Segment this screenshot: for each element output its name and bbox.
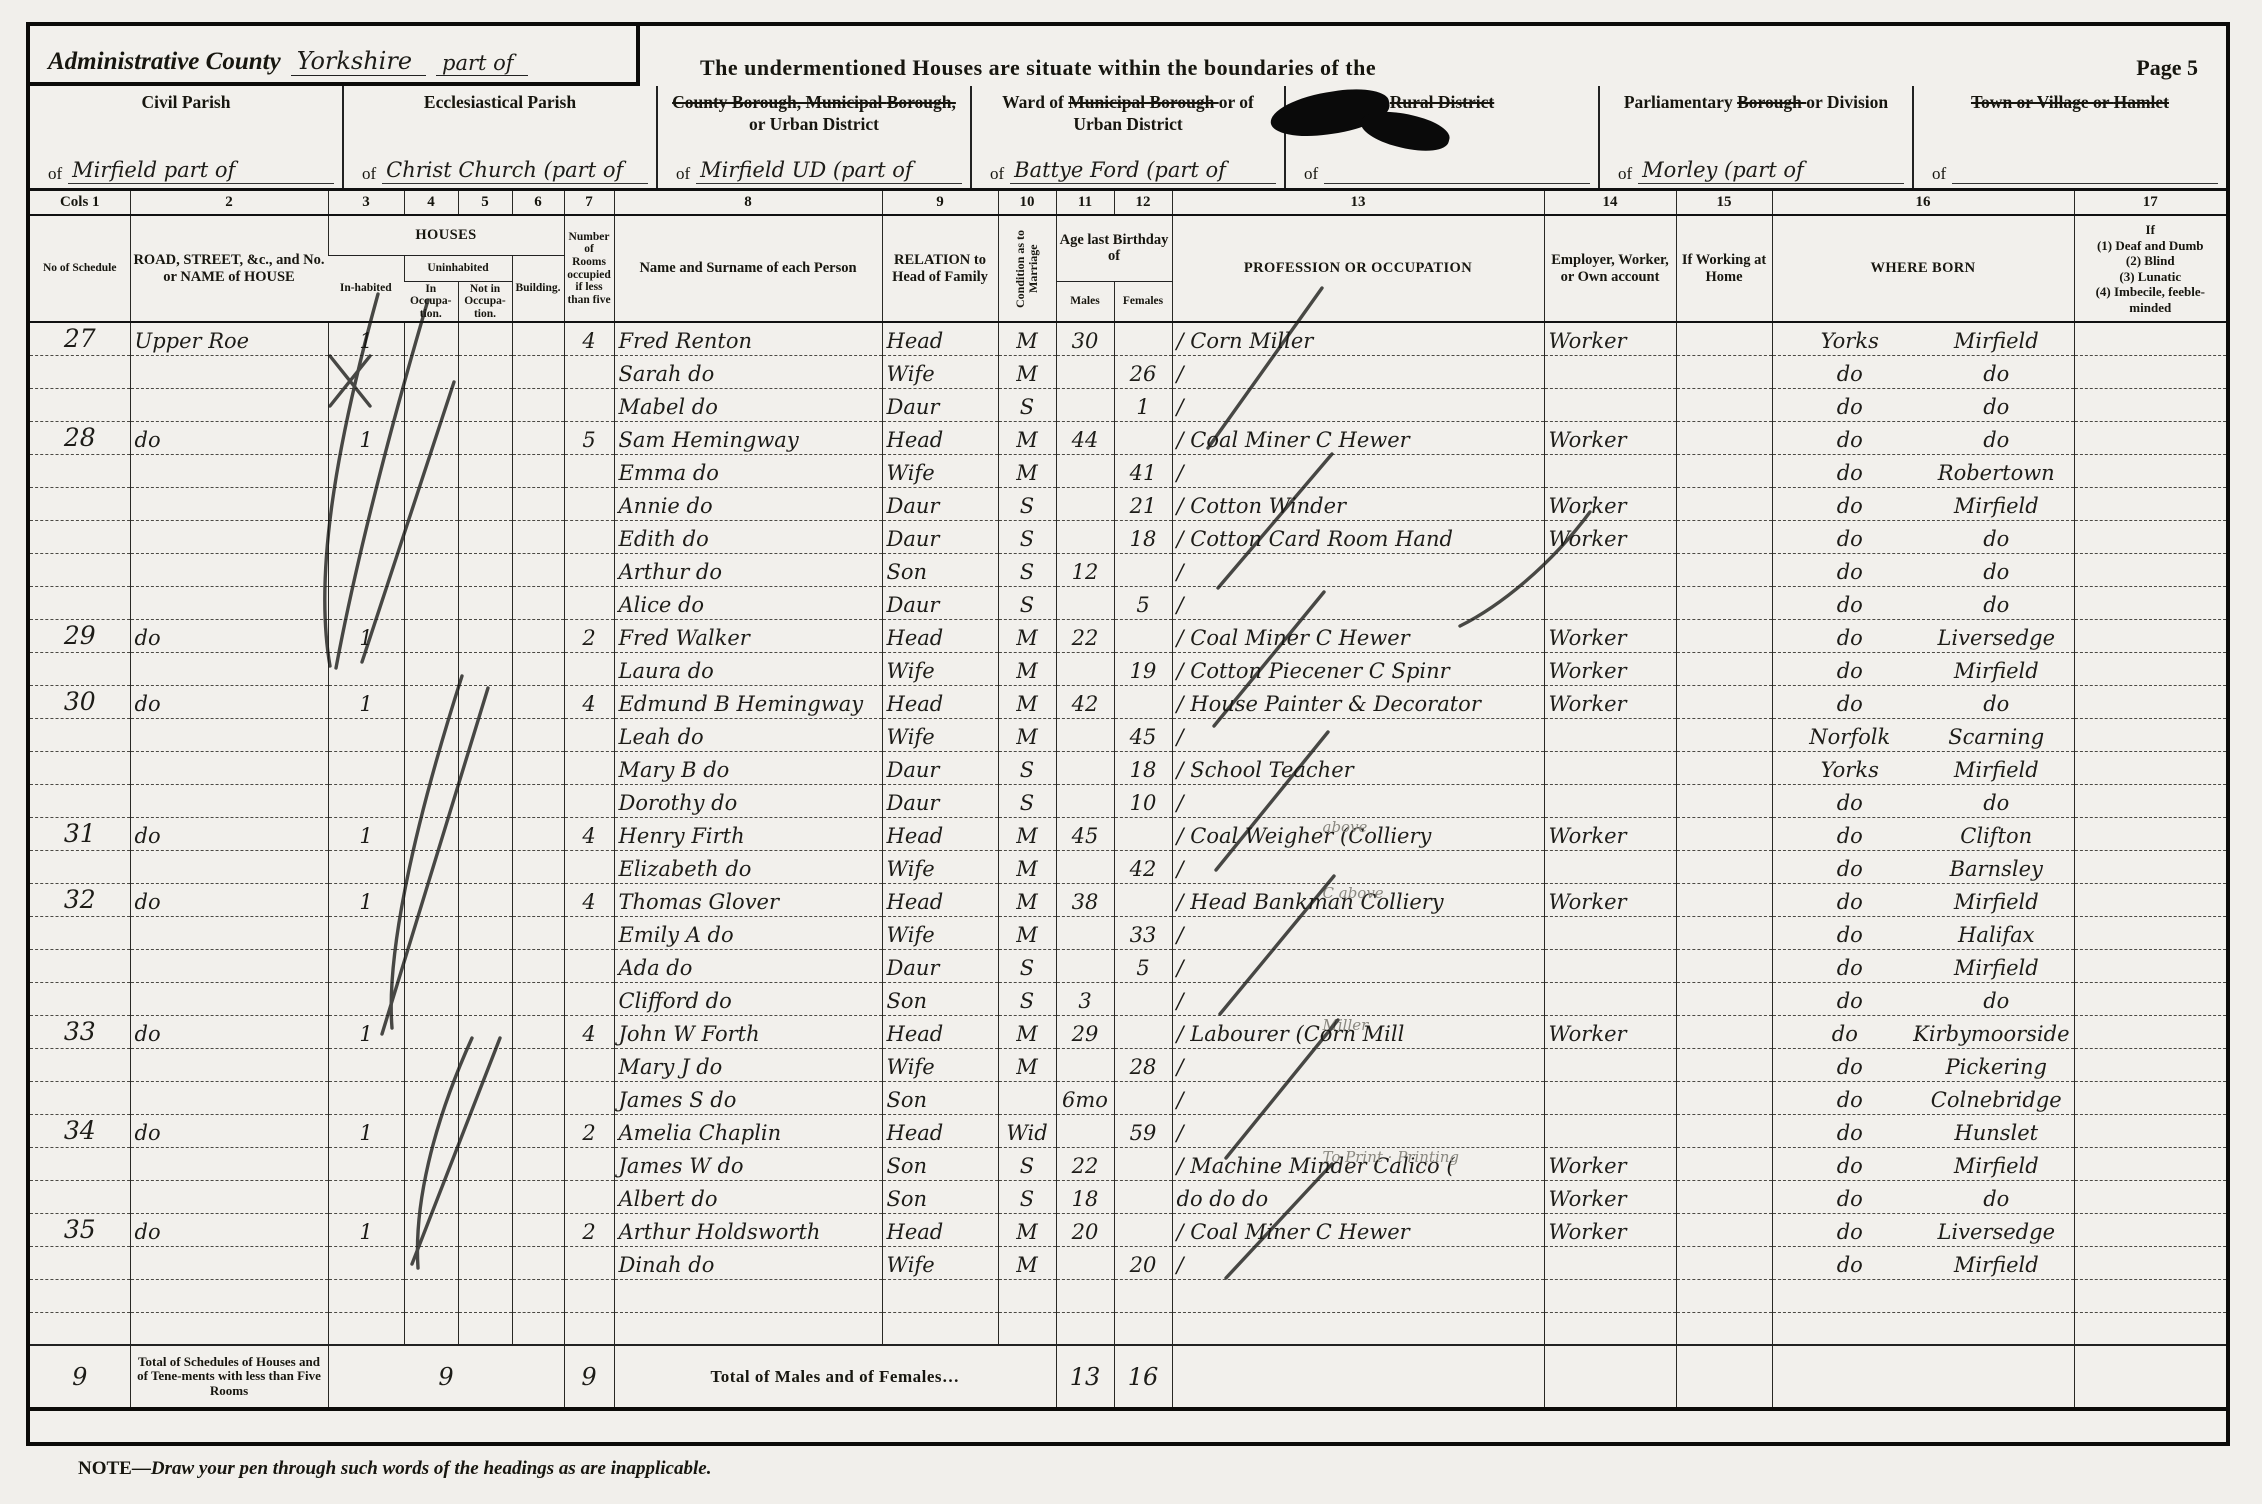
header-age-group: Age last Birthday of xyxy=(1056,215,1172,281)
col-number: 6 xyxy=(512,191,564,215)
inhabited-cell xyxy=(328,751,404,784)
uninhabited-in-occupation-cell xyxy=(404,652,458,685)
born-place: Pickering xyxy=(1923,1055,2070,1079)
rooms-cell xyxy=(564,454,614,487)
building-cell xyxy=(512,487,564,520)
occupation-text: / xyxy=(1177,560,1184,584)
district-box-county-borough: County Borough, Municipal Borough, or Ur… xyxy=(658,86,972,188)
relation-cell: Head xyxy=(882,817,998,850)
rooms-cell xyxy=(564,1312,614,1345)
born-place: Mirfield xyxy=(1923,659,2070,683)
where-born-cell: doKirbymoorside xyxy=(1772,1015,2074,1048)
working-at-home-cell xyxy=(1676,355,1772,388)
inhabited-cell: 1 xyxy=(328,1213,404,1246)
name-cell: Arthur Holdsworth xyxy=(614,1213,882,1246)
name-cell: John W Forth xyxy=(614,1015,882,1048)
col-number: 14 xyxy=(1544,191,1676,215)
building-cell xyxy=(512,883,564,916)
totals-row: 9 Total of Schedules of Houses and of Te… xyxy=(30,1345,2226,1409)
occupation-text: / xyxy=(1177,1253,1184,1277)
employer-worker-cell xyxy=(1544,1312,1676,1345)
name-cell: Edmund B Hemingway xyxy=(614,685,882,718)
where-born-cell: doHunslet xyxy=(1772,1114,2074,1147)
occupation-cell: / xyxy=(1172,718,1544,751)
working-at-home-cell xyxy=(1676,949,1772,982)
employer-worker-cell xyxy=(1544,916,1676,949)
age-female-cell xyxy=(1114,685,1172,718)
road-cell: do xyxy=(130,883,328,916)
working-at-home-cell xyxy=(1676,652,1772,685)
where-born-cell: doRobertown xyxy=(1772,454,2074,487)
infirmities-cell xyxy=(2074,1114,2226,1147)
occupation-text: / Coal Weigher (Colliery xyxy=(1177,824,1432,848)
relation-cell: Son xyxy=(882,982,998,1015)
building-cell xyxy=(512,949,564,982)
age-male-cell xyxy=(1056,1048,1114,1081)
age-male-cell xyxy=(1056,355,1114,388)
name-cell: Albert do xyxy=(614,1180,882,1213)
boundaries-heading: The undermentioned Houses are situate wi… xyxy=(700,55,1376,81)
where-born-cell: doMirfield xyxy=(1772,652,2074,685)
occupation-text: do do do xyxy=(1177,1187,1269,1211)
uninhabited-in-occupation-cell xyxy=(404,949,458,982)
uninhabited-in-occupation-cell xyxy=(404,1081,458,1114)
table-foot: 9 Total of Schedules of Houses and of Te… xyxy=(30,1345,2226,1409)
occupation-cell: / Corn Miller xyxy=(1172,322,1544,355)
inhabited-cell xyxy=(328,586,404,619)
born-place: do xyxy=(1923,395,2070,419)
road-cell xyxy=(130,1312,328,1345)
totals-males: 13 xyxy=(1056,1345,1114,1409)
col-number: 10 xyxy=(998,191,1056,215)
age-female-cell xyxy=(1114,553,1172,586)
schedule-number-cell xyxy=(30,1312,130,1345)
working-at-home-cell xyxy=(1676,1246,1772,1279)
rooms-cell xyxy=(564,1246,614,1279)
infirmities-cell xyxy=(2074,586,2226,619)
road-cell xyxy=(130,949,328,982)
occupation-cell: / xyxy=(1172,916,1544,949)
age-female-cell xyxy=(1114,619,1172,652)
occupation-text: / xyxy=(1177,1088,1184,1112)
occupation-cell: / House Painter & Decorator xyxy=(1172,685,1544,718)
uninhabited-in-occupation-cell xyxy=(404,586,458,619)
employer-worker-cell xyxy=(1544,586,1676,619)
where-born-cell: dodo xyxy=(1772,784,2074,817)
age-female-cell xyxy=(1114,322,1172,355)
district-label: County Borough, Municipal Borough, or Ur… xyxy=(666,92,962,136)
occupation-cell: / xyxy=(1172,784,1544,817)
infirmities-cell xyxy=(2074,916,2226,949)
employer-worker-cell xyxy=(1544,454,1676,487)
district-value: ofMirfield UD (part of xyxy=(666,158,962,184)
infirmities-cell xyxy=(2074,1147,2226,1180)
uninhabited-not-in-occupation-cell xyxy=(458,487,512,520)
name-cell: Arthur do xyxy=(614,553,882,586)
working-at-home-cell xyxy=(1676,883,1772,916)
working-at-home-cell xyxy=(1676,718,1772,751)
district-value: of xyxy=(1294,158,1590,184)
inhabited-cell xyxy=(328,916,404,949)
rooms-cell xyxy=(564,949,614,982)
where-born-cell xyxy=(1772,1279,2074,1312)
schedule-number-cell xyxy=(30,487,130,520)
header-houses-group: HOUSES xyxy=(328,215,564,255)
rooms-cell xyxy=(564,718,614,751)
table-row: Edith do Daur S 18 / Cotton Card Room Ha… xyxy=(30,520,2226,553)
inhabited-cell xyxy=(328,355,404,388)
where-born-cell: doMirfield xyxy=(1772,883,2074,916)
inhabited-cell: 1 xyxy=(328,619,404,652)
name-cell: Emma do xyxy=(614,454,882,487)
inhabited-cell xyxy=(328,454,404,487)
relation-cell: Head xyxy=(882,883,998,916)
uninhabited-in-occupation-cell xyxy=(404,1279,458,1312)
inhabited-cell xyxy=(328,1048,404,1081)
working-at-home-cell xyxy=(1676,1312,1772,1345)
district-value: ofMirfield part of xyxy=(38,158,334,184)
uninhabited-not-in-occupation-cell xyxy=(458,454,512,487)
born-county: do xyxy=(1777,1121,1924,1145)
age-female-cell: 26 xyxy=(1114,355,1172,388)
condition-cell: Wid xyxy=(998,1114,1056,1147)
occupation-text: / xyxy=(1177,989,1184,1013)
employer-worker-cell xyxy=(1544,388,1676,421)
where-born-cell: dodo xyxy=(1772,355,2074,388)
born-county: do xyxy=(1777,989,1924,1013)
occupation-cell: / Coal Miner C Hewer xyxy=(1172,1213,1544,1246)
occupation-text: / xyxy=(1177,923,1184,947)
occupation-cell: / School Teacher xyxy=(1172,751,1544,784)
relation-cell: Daur xyxy=(882,784,998,817)
name-cell: Annie do xyxy=(614,487,882,520)
inhabited-cell: 1 xyxy=(328,817,404,850)
inhabited-cell xyxy=(328,1279,404,1312)
born-place: Halifax xyxy=(1923,923,2070,947)
relation-cell: Son xyxy=(882,1147,998,1180)
uninhabited-in-occupation-cell xyxy=(404,685,458,718)
building-cell xyxy=(512,916,564,949)
born-place: Mirfield xyxy=(1923,494,2070,518)
district-label: Ward of Municipal Borough or of Urban Di… xyxy=(980,92,1276,136)
age-female-cell xyxy=(1114,1147,1172,1180)
header-rooms: Number of Rooms occupied if less than fi… xyxy=(564,215,614,322)
condition-cell: S xyxy=(998,487,1056,520)
age-male-cell xyxy=(1056,1279,1114,1312)
working-at-home-cell xyxy=(1676,1048,1772,1081)
occupation-cell: / xyxy=(1172,1048,1544,1081)
infirmities-cell xyxy=(2074,520,2226,553)
where-born-cell: dodo xyxy=(1772,421,2074,454)
age-female-cell xyxy=(1114,982,1172,1015)
occupation-text: / xyxy=(1177,791,1184,815)
uninhabited-not-in-occupation-cell xyxy=(458,1213,512,1246)
employer-worker-cell xyxy=(1544,949,1676,982)
occupation-annotation: above xyxy=(1323,818,1368,836)
born-place: Barnsley xyxy=(1923,857,2070,881)
born-county: do xyxy=(1777,428,1924,452)
uninhabited-not-in-occupation-cell xyxy=(458,718,512,751)
infirmities-cell xyxy=(2074,817,2226,850)
building-cell xyxy=(512,685,564,718)
where-born-cell: YorksMirfield xyxy=(1772,751,2074,784)
born-place: Mirfield xyxy=(1923,890,2070,914)
born-place: do xyxy=(1923,362,2070,386)
rooms-cell: 2 xyxy=(564,619,614,652)
occupation-cell: / xyxy=(1172,1081,1544,1114)
road-cell: do xyxy=(130,619,328,652)
col-number: 11 xyxy=(1056,191,1114,215)
relation-cell: Son xyxy=(882,553,998,586)
occupation-cell: above/ Coal Weigher (Colliery xyxy=(1172,817,1544,850)
schedule-number-cell xyxy=(30,388,130,421)
occupation-text: / xyxy=(1177,1121,1184,1145)
condition-cell: M xyxy=(998,652,1056,685)
building-cell xyxy=(512,751,564,784)
infirmities-cell xyxy=(2074,949,2226,982)
where-born-cell: dodo xyxy=(1772,586,2074,619)
administrative-county-label: Administrative County xyxy=(48,48,281,76)
administrative-county-suffix: part of xyxy=(436,51,528,76)
table-row: Alice do Daur S 5 / dodo xyxy=(30,586,2226,619)
table-row: Leah do Wife M 45 / NorfolkScarning xyxy=(30,718,2226,751)
header-working-at-home: If Working at Home xyxy=(1676,215,1772,322)
road-cell xyxy=(130,1147,328,1180)
schedule-number-cell xyxy=(30,751,130,784)
condition-cell: M xyxy=(998,685,1056,718)
condition-cell: M xyxy=(998,883,1056,916)
occupation-text: / Cotton Winder xyxy=(1177,494,1347,518)
totals-label: Total of Schedules of Houses and of Tene… xyxy=(130,1345,328,1409)
rooms-cell xyxy=(564,520,614,553)
header-row-main: No of Schedule ROAD, STREET, &c., and No… xyxy=(30,215,2226,255)
uninhabited-in-occupation-cell xyxy=(404,1180,458,1213)
uninhabited-in-occupation-cell xyxy=(404,553,458,586)
col-number: 5 xyxy=(458,191,512,215)
schedule-number-cell xyxy=(30,1246,130,1279)
header-road: ROAD, STREET, &c., and No. or NAME of HO… xyxy=(130,215,328,322)
road-cell xyxy=(130,1246,328,1279)
born-place: do xyxy=(1923,560,2070,584)
schedule-number-cell: 31 xyxy=(30,817,130,850)
building-cell xyxy=(512,718,564,751)
table-row: James S do Son 6mo / doColnebridge xyxy=(30,1081,2226,1114)
born-county: do xyxy=(1777,1220,1924,1244)
occupation-cell xyxy=(1172,1312,1544,1345)
age-female-cell: 59 xyxy=(1114,1114,1172,1147)
born-county: do xyxy=(1777,791,1924,815)
road-cell: do xyxy=(130,421,328,454)
age-male-cell xyxy=(1056,850,1114,883)
infirmities-cell xyxy=(2074,1180,2226,1213)
census-scan-sheet: Administrative County Yorkshire part of … xyxy=(0,0,2262,1504)
born-county: do xyxy=(1777,1187,1924,1211)
infirmities-cell xyxy=(2074,982,2226,1015)
born-county: do xyxy=(1777,560,1924,584)
age-female-cell xyxy=(1114,817,1172,850)
schedule-number-cell xyxy=(30,553,130,586)
uninhabited-in-occupation-cell xyxy=(404,883,458,916)
table-row: James W do Son S 22 To Print · Printing/… xyxy=(30,1147,2226,1180)
road-cell: do xyxy=(130,1213,328,1246)
born-county: do xyxy=(1777,692,1924,716)
born-county: do xyxy=(1777,395,1924,419)
census-table: Cols 1 2 3 4 5 6 7 8 9 10 11 12 13 14 15… xyxy=(30,191,2226,1411)
occupation-cell: / xyxy=(1172,982,1544,1015)
infirmities-cell xyxy=(2074,751,2226,784)
uninhabited-not-in-occupation-cell xyxy=(458,883,512,916)
table-row xyxy=(30,1279,2226,1312)
road-cell: do xyxy=(130,1114,328,1147)
header-occupation: PROFESSION OR OCCUPATION xyxy=(1172,215,1544,322)
uninhabited-not-in-occupation-cell xyxy=(458,1147,512,1180)
where-born-cell: doLiversedge xyxy=(1772,619,2074,652)
road-cell xyxy=(130,784,328,817)
born-county: do xyxy=(1777,527,1924,551)
schedule-number-cell: 28 xyxy=(30,421,130,454)
road-cell xyxy=(130,454,328,487)
building-cell xyxy=(512,619,564,652)
uninhabited-not-in-occupation-cell xyxy=(458,784,512,817)
header-males: Males xyxy=(1056,281,1114,322)
age-female-cell: 45 xyxy=(1114,718,1172,751)
infirmities-cell xyxy=(2074,1048,2226,1081)
condition-cell: M xyxy=(998,454,1056,487)
name-cell: Thomas Glover xyxy=(614,883,882,916)
employer-worker-cell xyxy=(1544,718,1676,751)
road-cell xyxy=(130,520,328,553)
employer-worker-cell: Worker xyxy=(1544,883,1676,916)
working-at-home-cell xyxy=(1676,388,1772,421)
rooms-cell xyxy=(564,1279,614,1312)
infirmities-cell xyxy=(2074,454,2226,487)
inhabited-cell xyxy=(328,1246,404,1279)
born-place: Mirfield xyxy=(1923,956,2070,980)
rooms-cell xyxy=(564,355,614,388)
age-female-cell: 5 xyxy=(1114,949,1172,982)
road-cell: do xyxy=(130,685,328,718)
road-cell: do xyxy=(130,1015,328,1048)
district-label: Town or Village or Hamlet xyxy=(1922,92,2218,114)
totals-females: 16 xyxy=(1114,1345,1172,1409)
inhabited-cell xyxy=(328,652,404,685)
header-schedule: No of Schedule xyxy=(30,215,130,322)
age-male-cell: 18 xyxy=(1056,1180,1114,1213)
condition-cell: S xyxy=(998,586,1056,619)
rooms-cell xyxy=(564,553,614,586)
born-county: do xyxy=(1777,1253,1924,1277)
building-cell xyxy=(512,982,564,1015)
uninhabited-not-in-occupation-cell xyxy=(458,619,512,652)
working-at-home-cell xyxy=(1676,1180,1772,1213)
occupation-cell: / xyxy=(1172,1246,1544,1279)
relation-cell: Head xyxy=(882,322,998,355)
where-born-cell: doColnebridge xyxy=(1772,1081,2074,1114)
schedule-number-cell xyxy=(30,454,130,487)
age-male-cell xyxy=(1056,784,1114,817)
district-value: ofBattye Ford (part of xyxy=(980,158,1276,184)
relation-cell: Head xyxy=(882,1114,998,1147)
occupation-cell: / xyxy=(1172,388,1544,421)
age-male-cell xyxy=(1056,487,1114,520)
relation-cell: Head xyxy=(882,685,998,718)
relation-cell: Daur xyxy=(882,487,998,520)
relation-cell: Wife xyxy=(882,454,998,487)
road-cell xyxy=(130,718,328,751)
uninhabited-in-occupation-cell xyxy=(404,1048,458,1081)
age-female-cell xyxy=(1114,1081,1172,1114)
occupation-cell: / Coal Miner C Hewer xyxy=(1172,619,1544,652)
working-at-home-cell xyxy=(1676,1114,1772,1147)
col-number: 8 xyxy=(614,191,882,215)
infirmities-cell xyxy=(2074,322,2226,355)
name-cell: Ada do xyxy=(614,949,882,982)
inhabited-cell xyxy=(328,1147,404,1180)
age-female-cell: 41 xyxy=(1114,454,1172,487)
name-cell: Fred Walker xyxy=(614,619,882,652)
road-cell xyxy=(130,355,328,388)
relation-cell xyxy=(882,1312,998,1345)
district-header-row: Civil Parish ofMirfield part ofEcclesias… xyxy=(30,86,2226,191)
condition-cell: M xyxy=(998,1246,1056,1279)
district-value: ofMorley (part of xyxy=(1608,158,1904,184)
administrative-county-value: Yorkshire xyxy=(291,47,426,76)
working-at-home-cell xyxy=(1676,685,1772,718)
employer-worker-cell xyxy=(1544,1114,1676,1147)
name-cell: Laura do xyxy=(614,652,882,685)
condition-cell xyxy=(998,1081,1056,1114)
table-row: Mary J do Wife M 28 / doPickering xyxy=(30,1048,2226,1081)
table-row: Mary B do Daur S 18 / School Teacher Yor… xyxy=(30,751,2226,784)
inhabited-cell xyxy=(328,718,404,751)
uninhabited-in-occupation-cell xyxy=(404,817,458,850)
name-cell: Amelia Chaplin xyxy=(614,1114,882,1147)
age-female-cell: 10 xyxy=(1114,784,1172,817)
condition-cell xyxy=(998,1279,1056,1312)
relation-cell: Daur xyxy=(882,586,998,619)
inhabited-cell xyxy=(328,982,404,1015)
totals-inhabited: 9 xyxy=(328,1345,564,1409)
totals-rooms: 9 xyxy=(564,1345,614,1409)
uninhabited-in-occupation-cell xyxy=(404,751,458,784)
born-place: do xyxy=(1923,593,2070,617)
uninhabited-not-in-occupation-cell xyxy=(458,1246,512,1279)
uninhabited-not-in-occupation-cell xyxy=(458,520,512,553)
road-cell xyxy=(130,751,328,784)
employer-worker-cell xyxy=(1544,355,1676,388)
where-born-cell: doHalifax xyxy=(1772,916,2074,949)
rooms-cell xyxy=(564,1048,614,1081)
age-male-cell: 22 xyxy=(1056,1147,1114,1180)
name-cell: Mabel do xyxy=(614,388,882,421)
rooms-cell xyxy=(564,784,614,817)
uninhabited-not-in-occupation-cell xyxy=(458,1114,512,1147)
uninhabited-not-in-occupation-cell xyxy=(458,553,512,586)
uninhabited-not-in-occupation-cell xyxy=(458,421,512,454)
born-place: do xyxy=(1923,527,2070,551)
age-female-cell: 5 xyxy=(1114,586,1172,619)
age-male-cell: 44 xyxy=(1056,421,1114,454)
occupation-cell: / xyxy=(1172,949,1544,982)
inhabited-cell xyxy=(328,553,404,586)
age-male-cell xyxy=(1056,1114,1114,1147)
inhabited-cell: 1 xyxy=(328,685,404,718)
rooms-cell: 5 xyxy=(564,421,614,454)
relation-cell: Daur xyxy=(882,388,998,421)
district-box-civil-parish: Civil Parish ofMirfield part of xyxy=(30,86,344,188)
occupation-cell xyxy=(1172,1279,1544,1312)
condition-cell: M xyxy=(998,421,1056,454)
